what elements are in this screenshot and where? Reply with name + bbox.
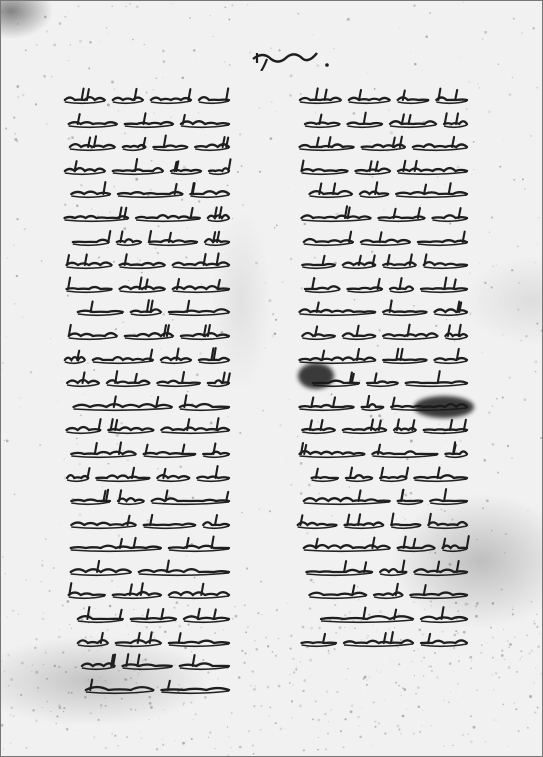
manuscript-line: ܐܢܫܐ ܕܝܢ ܐܡܪ ܗܘܐ bbox=[269, 250, 469, 274]
script-strokes bbox=[269, 274, 469, 298]
script-strokes bbox=[269, 439, 469, 463]
script-strokes bbox=[35, 628, 231, 652]
manuscript-line: ܐܢܫܐ ܗܘ ܕܠܗܘܢ bbox=[269, 557, 469, 581]
manuscript-line: ܐܡܪ ܘܠܗ bbox=[35, 675, 231, 699]
manuscript-line: ܘܐܡܪ ܠܗܘܢ ܫܡܥܘ bbox=[269, 227, 469, 251]
script-strokes bbox=[35, 486, 231, 510]
script-strokes bbox=[269, 533, 469, 557]
script-strokes bbox=[269, 156, 469, 180]
ink-blot bbox=[298, 363, 334, 389]
manuscript-line: ܒܗ ܕܐܢܫܐ ܐܠܐ ܗܘܐ bbox=[269, 321, 469, 345]
script-strokes bbox=[269, 250, 469, 274]
manuscript-line: ܕܐܚܪܢܐ ܫܡܥܘ ܡܢܗ bbox=[35, 415, 231, 439]
script-strokes bbox=[269, 297, 469, 321]
script-strokes bbox=[35, 227, 231, 251]
script-strokes bbox=[35, 580, 231, 604]
script-strokes bbox=[35, 651, 231, 675]
manuscript-line: ܐܠܐ ܡܫܡܫܢܐ bbox=[35, 392, 231, 416]
manuscript-line-text bbox=[269, 651, 270, 652]
manuscript-line: ܠܗ ܢܗܘܐ ܐܚܪܢܐ bbox=[35, 439, 231, 463]
manuscript-line: ܒܟܠ ܐܢܫ ܕܢܐܬܐ ܠܗ bbox=[35, 463, 231, 487]
manuscript-line bbox=[269, 675, 469, 699]
script-strokes bbox=[35, 392, 231, 416]
manuscript-line: ܐܢܫܐ ܠܗ ܡܢ ܟܠ bbox=[269, 463, 469, 487]
script-strokes bbox=[269, 227, 469, 251]
manuscript-line: ܡܫܡܥܢܐ ܗܘ ܕܟܠ bbox=[35, 486, 231, 510]
script-strokes bbox=[269, 85, 469, 109]
manuscript-line: ܠܗ ܫܠܡܐ ܠܐܠܗܐ bbox=[35, 510, 231, 534]
manuscript-line: ܕܠܐ ܗܘܐ ܠܗ bbox=[35, 651, 231, 675]
script-strokes bbox=[269, 321, 469, 345]
manuscript-line: ܡܫܡܫܢܐ ܐܝܟ ܕܗܘܐ bbox=[269, 156, 469, 180]
script-strokes bbox=[35, 274, 231, 298]
manuscript-line: ܠܗ ܐܢܫܐ bbox=[269, 604, 469, 628]
script-strokes bbox=[269, 557, 469, 581]
manuscript-line: ܫܡܥ ܠܗܘܢ ܠܒܢܝܢܫܐ bbox=[269, 297, 469, 321]
manuscript-line-text bbox=[269, 675, 270, 676]
manuscript-line: ܠܒܝܬ ܡܢ ܐܢܫܐ ܘܗܘ bbox=[269, 415, 469, 439]
script-strokes bbox=[35, 439, 231, 463]
script-strokes bbox=[269, 203, 469, 227]
manuscript-line: ܠܗܘܢ ܠܗ ܗܘܐ ܡܢܗ bbox=[269, 274, 469, 298]
manuscript-line: ܫܡܥܘ ܐܢܘܢ ܡܬܠܐ bbox=[35, 109, 231, 133]
manuscript-line: ܕܐܢܫܐ ܡܢ ܕܝܢ bbox=[269, 179, 469, 203]
manuscript-line: ܐܚܪܢܐ ܢܩܘܡ ܠܘܬܗ bbox=[35, 274, 231, 298]
running-title: ܦܘܩܕܢܐ . bbox=[247, 41, 337, 71]
script-strokes bbox=[269, 580, 469, 604]
script-strokes bbox=[35, 533, 231, 557]
script-strokes bbox=[35, 557, 231, 581]
script-strokes bbox=[269, 463, 469, 487]
manuscript-line bbox=[269, 651, 469, 675]
script-strokes bbox=[269, 604, 469, 628]
script-strokes bbox=[269, 345, 469, 369]
manuscript-line: ܐܝܟ ܕܗܘ ܡܢ ܩܕܝܡ bbox=[35, 132, 231, 156]
manuscript-line: ܫܡܥ ܠܗܘܢ ܠܟܠܗܘܢ bbox=[269, 203, 469, 227]
running-title-script bbox=[247, 41, 337, 71]
script-strokes bbox=[269, 486, 469, 510]
script-strokes bbox=[35, 368, 231, 392]
manuscript-page: ܦܘܩܕܢܐ . ܐܡܪ ܠܗܘܢ ܕܝܢ ܝܫܘܥܫܡܥܘ ܐܢܘܢ ܡܬܠܐ… bbox=[0, 0, 543, 757]
manuscript-line: ܗܘܢܐ ܗܘ ܐܚܐ bbox=[35, 297, 231, 321]
manuscript-line: ܢܗܘܐ ܘܐܬܐ ܒܫܡܗ bbox=[35, 321, 231, 345]
left-text-column: ܐܡܪ ܠܗܘܢ ܕܝܢ ܝܫܘܥܫܡܥܘ ܐܢܘܢ ܡܬܠܐܐܝܟ ܕܗܘ ܡ… bbox=[35, 85, 231, 698]
manuscript-line: ܒܗ ܒܫܡܐ ܟܠܗ ܐܢܐ bbox=[269, 109, 469, 133]
manuscript-line: ܐܢܫܐ ܐܝܟ ܠܗܘܢ ܢܗܘܐ bbox=[269, 510, 469, 534]
manuscript-line: ܠܗ ܐܢܫܐ ܘܐܡܪ ܗܘܐ bbox=[35, 368, 231, 392]
manuscript-line: ܕܠܐ ܠܗܘܢ ܠܒܢܝܢܫܐ bbox=[269, 345, 469, 369]
manuscript-line: ܘܐܡܪ ܡܫܡܫܢܐ bbox=[35, 533, 231, 557]
script-strokes bbox=[35, 85, 231, 109]
manuscript-line: ܠܗ ܐܡܪ ܕܢܗܘܐ ܠܟܘܢ bbox=[35, 156, 231, 180]
script-strokes bbox=[35, 321, 231, 345]
right-text-column: ܐܡܪ ܕܝܢ ܢܗܘܐ ܠܗܘܢܒܗ ܒܫܡܐ ܟܠܗ ܐܢܐܐܚܪܢܐ ܒܫ… bbox=[269, 85, 469, 698]
script-strokes bbox=[35, 156, 231, 180]
script-strokes bbox=[35, 109, 231, 133]
manuscript-line: ܘܗܘܐ ܟܠܗ ܡܢ bbox=[35, 628, 231, 652]
manuscript-line: ܡܫܝܚܐ ܢܩܒܠ ܐܠܗܐ bbox=[35, 250, 231, 274]
manuscript-line: ܡܢ ܡܪܝܐ ܠܗ ܗܘܐ bbox=[35, 227, 231, 251]
script-strokes bbox=[269, 510, 469, 534]
script-strokes bbox=[35, 415, 231, 439]
script-strokes bbox=[269, 109, 469, 133]
script-strokes bbox=[35, 179, 231, 203]
script-strokes bbox=[35, 203, 231, 227]
manuscript-line: ܗܘܐ ܕܠܗ ܐܡܪ bbox=[35, 604, 231, 628]
manuscript-line: ܒܟܠ ܙܒܢ ܕܐܬܚܙܝ ܠܗ bbox=[35, 345, 231, 369]
script-strokes bbox=[269, 132, 469, 156]
script-strokes bbox=[269, 179, 469, 203]
manuscript-line: ܡܫܡܥܢܐ ܐܢܫܐ bbox=[35, 557, 231, 581]
manuscript-line: ܐܡܪ ܕܝܢ ܢܗܘܐ ܠܗܘܢ bbox=[269, 85, 469, 109]
script-strokes bbox=[35, 297, 231, 321]
manuscript-line: ܘܐܦ ܐܢܬܘܢ ܠܡܐ bbox=[35, 179, 231, 203]
script-strokes bbox=[35, 463, 231, 487]
script-strokes bbox=[269, 628, 469, 652]
script-strokes bbox=[35, 675, 231, 699]
manuscript-line: ܐܝܟ ܠܐ ܠܒܢܝܢܫܐ bbox=[269, 486, 469, 510]
script-strokes bbox=[35, 250, 231, 274]
manuscript-line: ܡܢ ܐܠܐ ܠܒܢܝܢܫܐ bbox=[269, 533, 469, 557]
manuscript-line: ܐܡܪ ܠܗܘܢ ܕܝܢ ܝܫܘܥ bbox=[35, 85, 231, 109]
manuscript-line: ܐܚܪܢܐ ܒܫܡܐ ܐܢܬܘܢ bbox=[269, 132, 469, 156]
manuscript-line: ܘܐܝܟ ܠܗ ܘܐܢܐ bbox=[269, 580, 469, 604]
script-strokes bbox=[35, 604, 231, 628]
script-strokes bbox=[35, 510, 231, 534]
script-strokes bbox=[35, 345, 231, 369]
script-strokes bbox=[35, 132, 231, 156]
manuscript-line: ܘܡܬܠܐ ܕܗܘܐ ܟܠܗ bbox=[35, 580, 231, 604]
manuscript-line: ܠܗ ܡܬܩܪܝܢ ܘܫܡܥܝܢ bbox=[35, 203, 231, 227]
script-strokes bbox=[269, 415, 469, 439]
manuscript-line: ܐܢܫܐ ܡܫܡܫܢܐ ܐܡܪ bbox=[269, 628, 469, 652]
manuscript-line: ܗܘ ܡܫܡܫܢܐ ܠܟܠܗܘܢ bbox=[269, 439, 469, 463]
ink-blot bbox=[414, 396, 474, 418]
